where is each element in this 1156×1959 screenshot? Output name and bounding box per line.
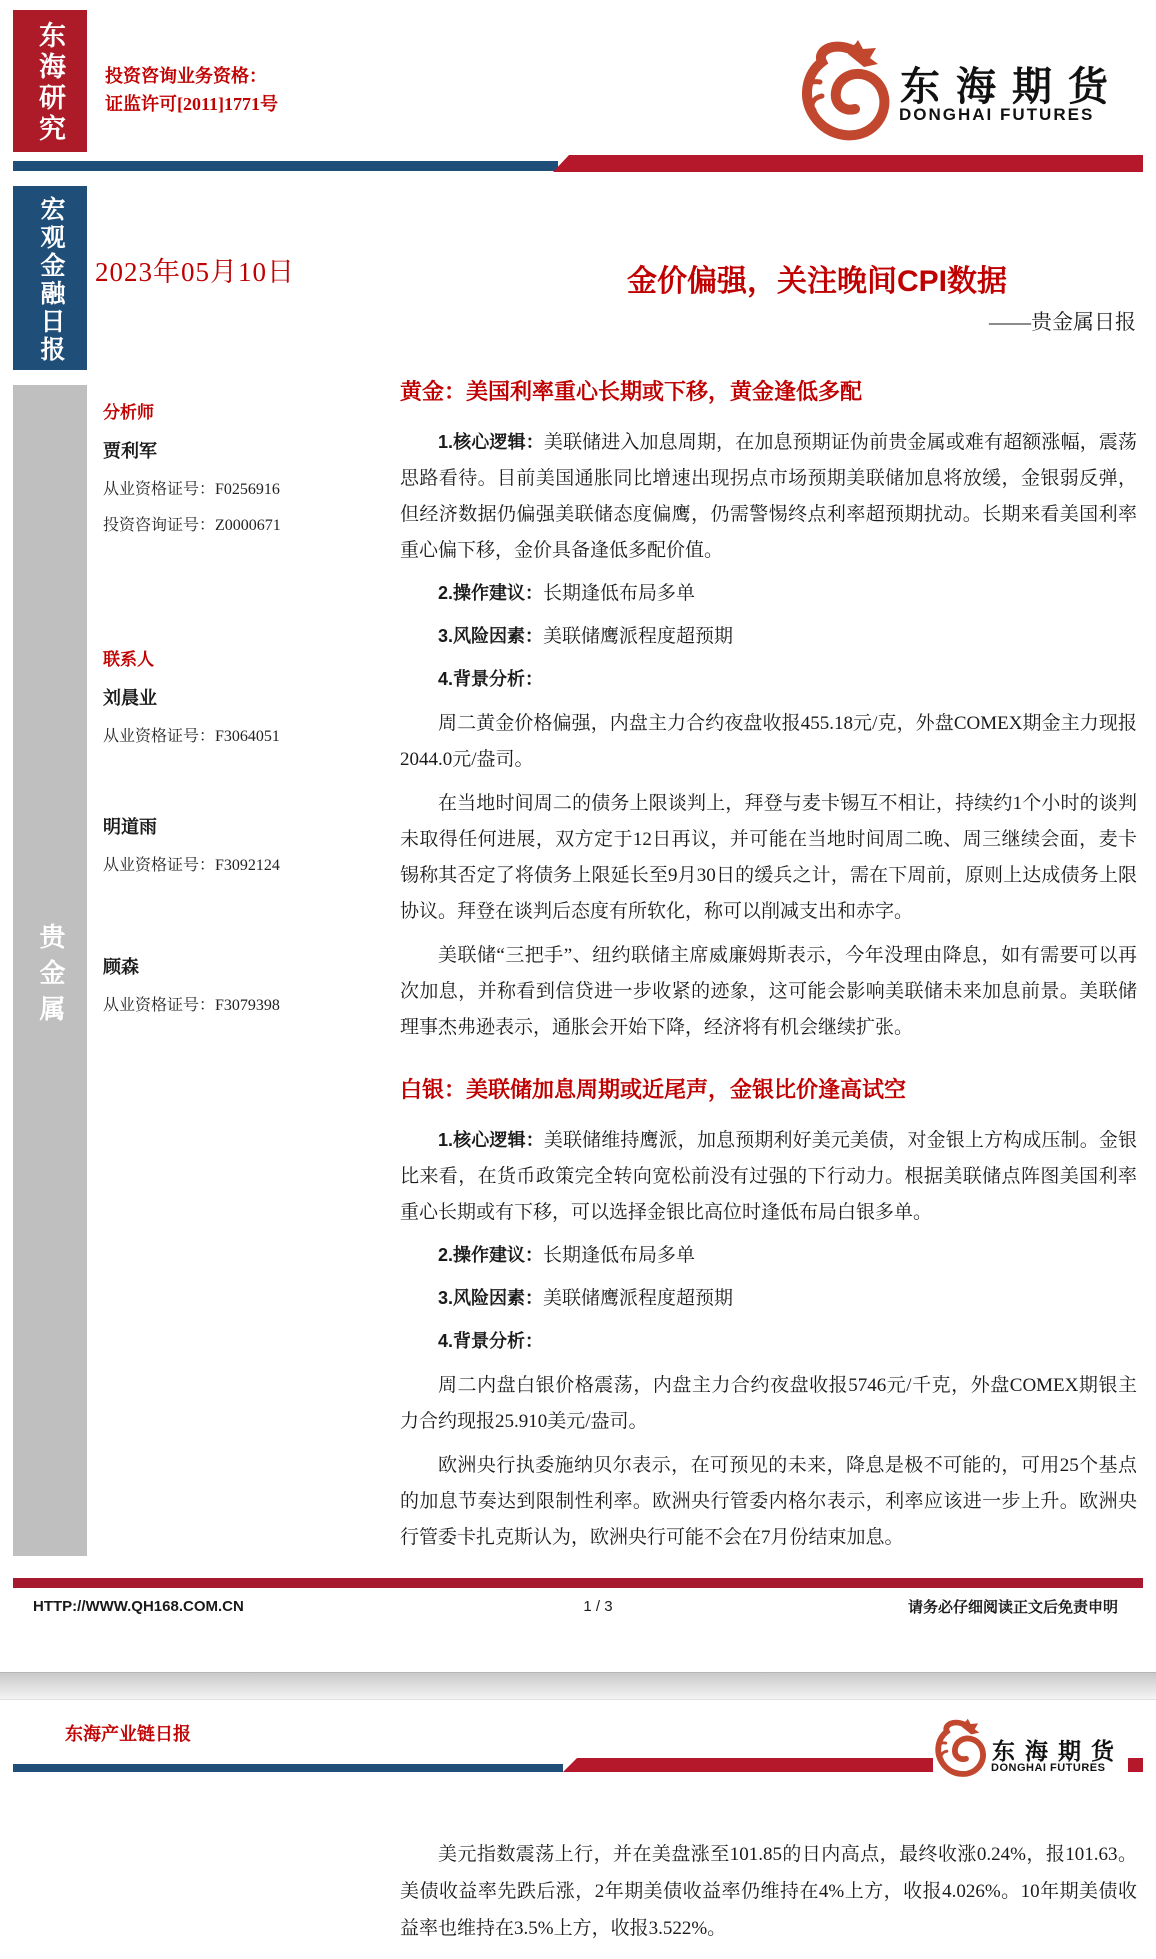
item-label: 2.操作建议： [438, 583, 543, 603]
analyst-cert1: 从业资格证号：F0256916 [103, 476, 323, 499]
page2-paragraph: 美元指数震荡上行，并在美盘涨至101.85的日内高点，最终收涨0.24%，报10… [400, 1836, 1137, 1947]
contact-block: 顾森 从业资格证号：F3079398 [103, 953, 323, 1015]
report-subtitle: ——贵金属日报 [0, 306, 1136, 336]
background-paragraph: 周二内盘白银价格震荡，内盘主力合约夜盘收报5746元/千克，外盘COMEX期银主… [400, 1368, 1137, 1440]
header-bar-red [553, 155, 1143, 172]
analyst-name: 贾利军 [103, 437, 323, 463]
footer: HTTP://WWW.QH168.COM.CN 1 / 3 请务必仔细阅读正文后… [13, 1596, 1143, 1617]
page-number: 1 / 3 [453, 1598, 743, 1615]
item-label: 1.核心逻辑： [438, 1130, 544, 1150]
report-date: 2023年05月10日 [95, 250, 295, 289]
section-item: 3.风险因素：美联储鹰派程度超预期 [400, 1280, 1137, 1317]
footer-url-link[interactable]: HTTP://WWW.QH168.COM.CN [13, 1598, 453, 1615]
contact-cert: 从业资格证号：F3079398 [103, 992, 323, 1015]
dragon-logo-icon [798, 30, 893, 144]
background-paragraph: 欧洲央行执委施纳贝尔表示，在可预见的未来，降息是极不可能的，可用25个基点的加息… [400, 1448, 1137, 1556]
section-item: 4.背景分析： [400, 661, 1137, 698]
qualification-note: 投资咨询业务资格： 证监许可[2011]1771号 [105, 62, 278, 118]
logo-name-en: DONGHAI FUTURES [899, 105, 1139, 125]
page2-header-bar-red [563, 1758, 933, 1772]
header-bar-blue [13, 161, 558, 171]
page2-header-title: 东海产业链日报 [65, 1720, 191, 1746]
item-label: 3.风险因素： [438, 626, 543, 646]
contact-name: 刘晨业 [103, 684, 323, 710]
item-label: 4.背景分析： [438, 1331, 543, 1351]
qualification-line1: 投资咨询业务资格： [105, 62, 278, 90]
section-item: 1.核心逻辑：美联储维持鹰派，加息预期利好美元美债，对金银上方构成压制。金银比来… [400, 1122, 1137, 1231]
item-label: 3.风险因素： [438, 1288, 543, 1308]
sidebar-category-tab: 贵金属 [13, 385, 87, 1556]
item-label: 1.核心逻辑： [438, 432, 544, 452]
report-body: 黄金：美国利率重心长期或下移，黄金逢低多配 1.核心逻辑：美联储进入加息周期，在… [400, 376, 1137, 1564]
section-heading-gold: 黄金：美国利率重心长期或下移，黄金逢低多配 [400, 376, 1137, 408]
section-item: 1.核心逻辑：美联储进入加息周期，在加息预期证伪前贵金属或难有超额涨幅，震荡思路… [400, 424, 1137, 569]
item-text: 美联储鹰派程度超预期 [543, 1288, 733, 1309]
section-heading-silver: 白银：美联储加息周期或近尾声，金银比价逢高试空 [400, 1074, 1137, 1106]
dragon-logo-icon [933, 1712, 988, 1780]
analyst-cert2: 投资咨询证号：Z0000671 [103, 512, 323, 535]
qualification-line2: 证监许可[2011]1771号 [105, 90, 278, 118]
item-text: 长期逢低布局多单 [543, 583, 695, 604]
contact-cert: 从业资格证号：F3092124 [103, 852, 323, 875]
report-title: 金价偏强，关注晚间CPI数据 [627, 256, 1007, 300]
logo-name-en: DONGHAI FUTURES [991, 1762, 1141, 1774]
contact-block: 明道雨 从业资格证号：F3092124 [103, 813, 323, 875]
page2-header-bar-blue [13, 1764, 563, 1772]
background-paragraph: 周二黄金价格偏强，内盘主力合约夜盘收报455.18元/克，外盘COMEX期金主力… [400, 706, 1137, 778]
footer-disclaimer: 请务必仔细阅读正文后免责申明 [743, 1596, 1143, 1617]
background-paragraph: 美联储“三把手”、纽约联储主席威廉姆斯表示，今年没理由降息，如有需要可以再次加息… [400, 938, 1137, 1046]
item-text: 长期逢低布局多单 [543, 1245, 695, 1266]
contact-name: 顾森 [103, 953, 323, 979]
research-brand-tab: 东海研究 [13, 10, 87, 152]
section-item: 3.风险因素：美联储鹰派程度超预期 [400, 618, 1137, 655]
section-item: 2.操作建议：长期逢低布局多单 [400, 1237, 1137, 1274]
analyst-header: 分析师 [103, 398, 323, 423]
footer-bar [13, 1578, 1143, 1588]
sidebar-report-type-tab: 宏观金融日报 [13, 186, 87, 370]
section-item: 2.操作建议：长期逢低布局多单 [400, 575, 1137, 612]
logo-name-cn: 东海期货 [900, 55, 1140, 112]
page-separator [0, 1672, 1156, 1700]
section-item: 4.背景分析： [400, 1323, 1137, 1360]
background-paragraph: 在当地时间周二的债务上限谈判上，拜登与麦卡锡互不相让，持续约1个小时的谈判未取得… [400, 786, 1137, 930]
item-text: 美联储鹰派程度超预期 [543, 626, 733, 647]
contact-cert: 从业资格证号：F3064051 [103, 723, 323, 746]
item-label: 2.操作建议： [438, 1245, 543, 1265]
contact-name: 明道雨 [103, 813, 323, 839]
analyst-block: 分析师 贾利军 从业资格证号：F0256916 投资咨询证号：Z0000671 [103, 398, 323, 535]
contacts-header: 联系人 [103, 645, 323, 670]
item-label: 4.背景分析： [438, 669, 543, 689]
contacts-header-block: 联系人 刘晨业 从业资格证号：F3064051 [103, 645, 323, 746]
